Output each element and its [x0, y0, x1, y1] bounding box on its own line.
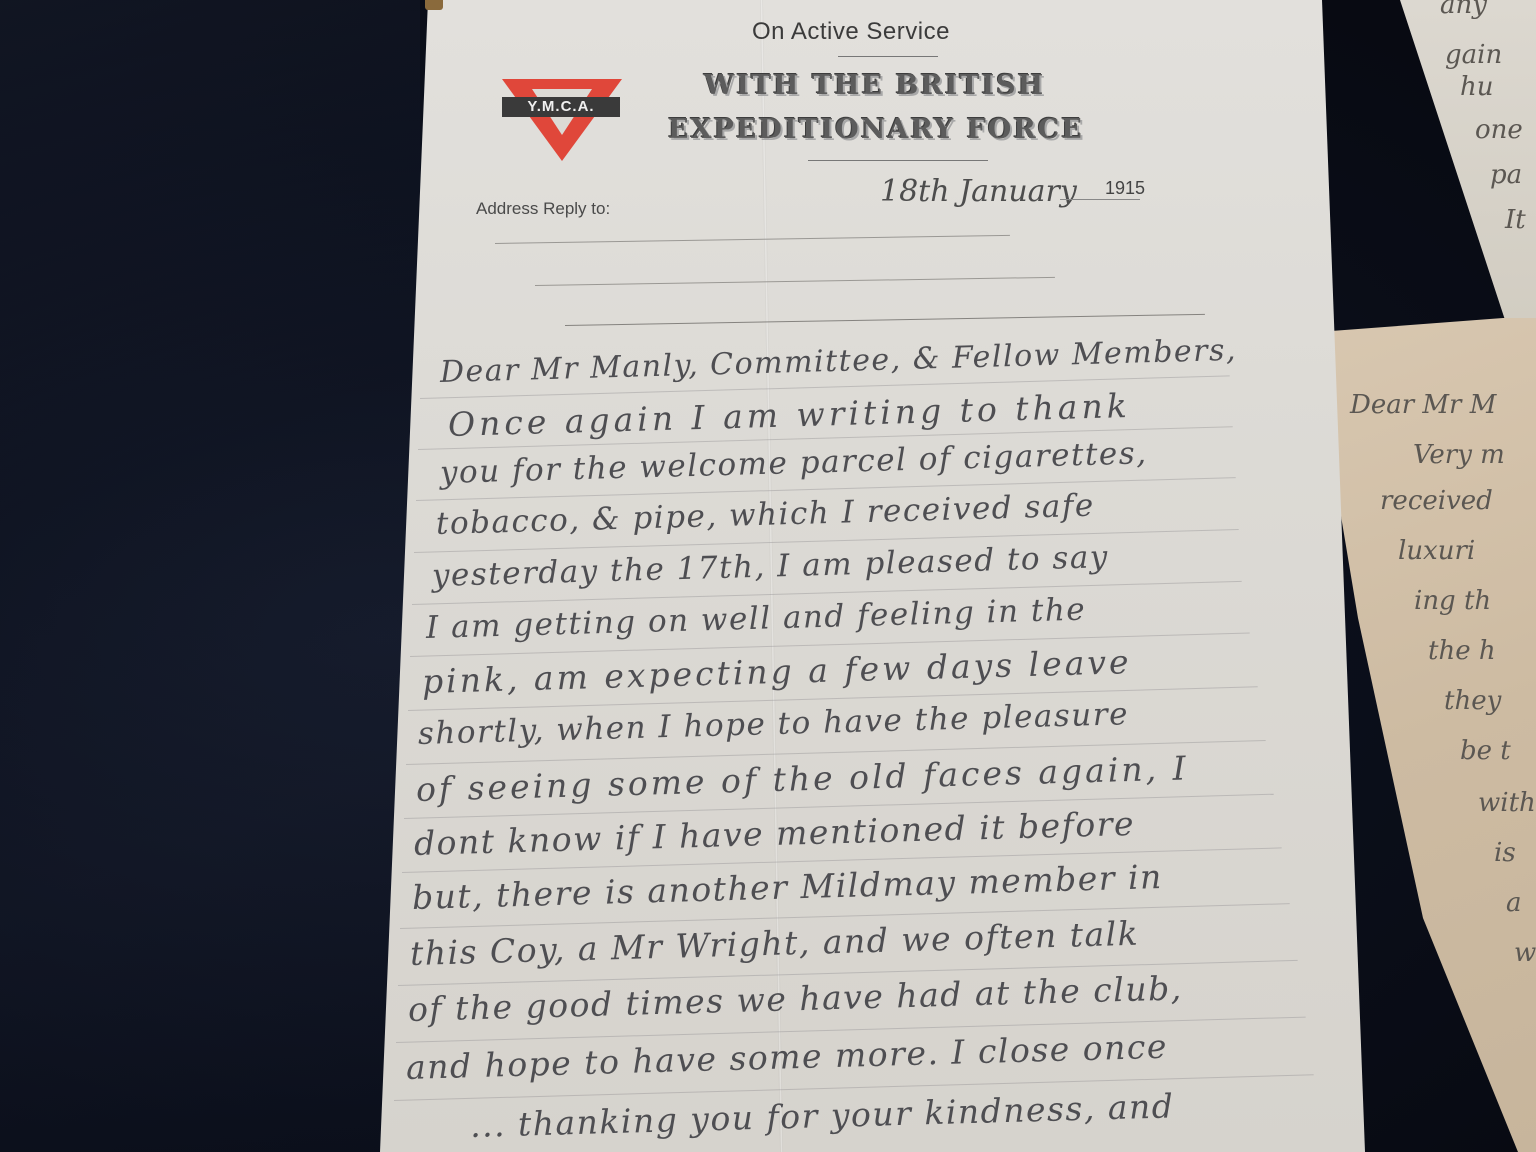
paper-clip [425, 0, 443, 10]
partial-letter-top-right: any gain hu one pa It [1400, 0, 1536, 320]
handwriting-fragment: hu [1460, 72, 1494, 102]
handwriting-fragment: received [1380, 486, 1493, 516]
handwriting-fragment: It [1505, 205, 1526, 235]
handwriting-fragment: is [1494, 838, 1516, 868]
handwriting-fragment: w [1514, 938, 1536, 968]
handwriting-fragment: ing th [1414, 586, 1491, 616]
handwriting-fragment: Very m [1413, 440, 1505, 470]
letterhead-title-line2: EXPEDITIONARY FORCE [668, 114, 1084, 145]
letterhead-title-line1: WITH THE BRITISH [704, 70, 1045, 101]
divider [808, 160, 988, 161]
handwriting-fragment: with [1478, 788, 1536, 818]
handwriting-fragment: luxuri [1398, 536, 1475, 566]
on-active-service-heading: On Active Service [752, 18, 950, 46]
handwriting-fragment: they [1444, 686, 1501, 716]
handwriting-fragment: a [1506, 888, 1522, 918]
divider [838, 56, 938, 57]
handwriting-fragment: any [1440, 0, 1487, 20]
handwriting-fragment: Dear Mr M [1350, 390, 1496, 420]
address-reply-label: Address Reply to: [476, 199, 610, 219]
ymca-logo-label: Y.M.C.A. [502, 97, 620, 117]
handwriting-fragment: pa [1490, 160, 1522, 190]
date-underline [1060, 199, 1140, 200]
handwriting-fragment: one [1475, 115, 1523, 145]
fabric-background [0, 0, 420, 1152]
handwritten-date: 18th January [880, 174, 1077, 209]
printed-year: 1915 [1105, 178, 1145, 199]
handwriting-fragment: be t [1460, 736, 1511, 766]
handwriting-fragment: the h [1428, 636, 1496, 666]
handwriting-fragment: gain [1445, 40, 1502, 70]
ymca-triangle-logo-icon [500, 77, 624, 163]
